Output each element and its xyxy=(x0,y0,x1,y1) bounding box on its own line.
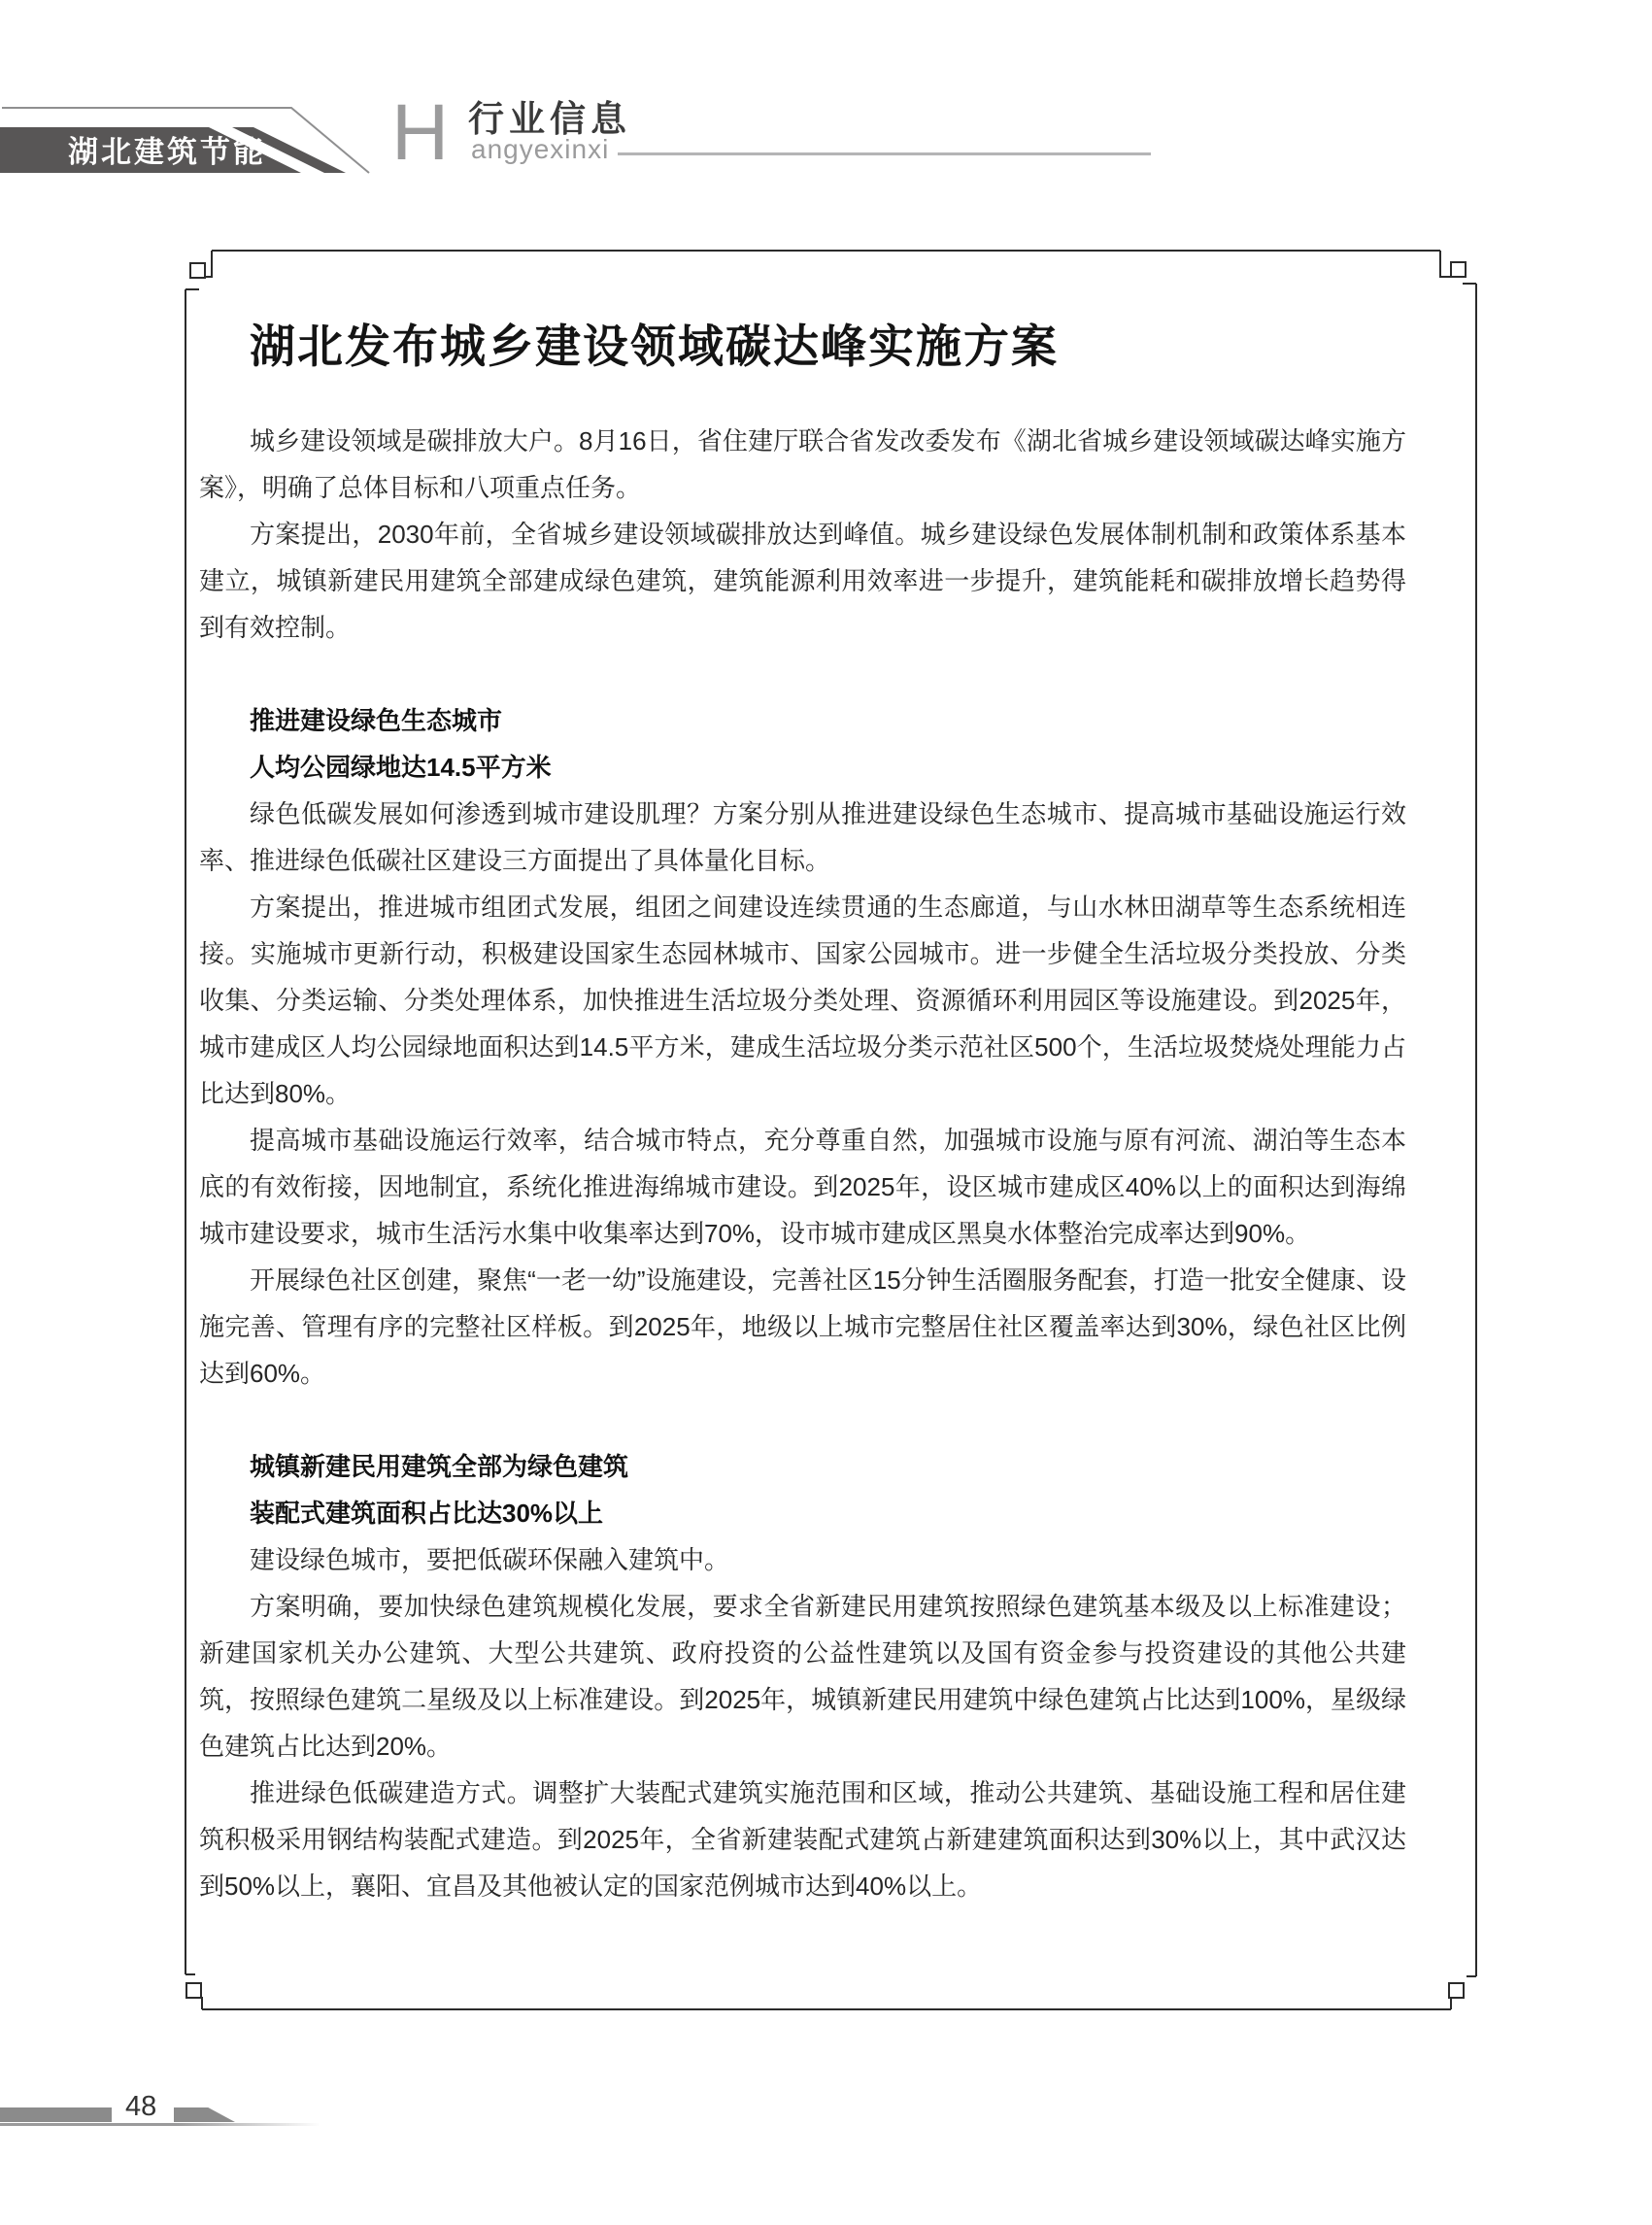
section-heading-line: 推进建设绿色生态城市 xyxy=(199,697,1406,744)
article-body: 城乡建设领域是碳排放大户。8月16日，省住建厅联合省发改委发布《湖北省城乡建设领… xyxy=(199,418,1406,1909)
section-heading-line: 人均公园绿地达14.5平方米 xyxy=(199,744,1406,791)
paragraph: 绿色低碳发展如何渗透到城市建设肌理？方案分别从推进建设绿色生态城市、提高城市基础… xyxy=(199,791,1406,884)
section-heading: 城镇新建民用建筑全部为绿色建筑 装配式建筑面积占比达30%以上 xyxy=(199,1443,1406,1536)
paragraph: 方案提出，推进城市组团式发展，组团之间建设连续贯通的生态廊道，与山水林田湖草等生… xyxy=(199,884,1406,1117)
paragraph: 建设绿色城市，要把低碳环保融入建筑中。 xyxy=(199,1536,1406,1583)
footer-bar xyxy=(0,2107,112,2122)
frame-corner-square-bl xyxy=(186,1983,201,1998)
section-heading: 推进建设绿色生态城市 人均公园绿地达14.5平方米 xyxy=(199,697,1406,791)
frame-corner-square-br xyxy=(1449,1983,1464,1998)
paragraph: 提高城市基础设施运行效率，结合城市特点，充分尊重自然，加强城市设施与原有河流、湖… xyxy=(199,1117,1406,1257)
paragraph: 开展绿色社区创建，聚焦“一老一幼”设施建设，完善社区15分钟生活圈服务配套，打造… xyxy=(199,1257,1406,1397)
magazine-page: 湖北建筑节能 H 行业信息 angyexinxi 湖北发布城乡建设领域碳达峰实施… xyxy=(0,0,1652,2225)
section-heading-line: 装配式建筑面积占比达30%以上 xyxy=(199,1490,1406,1536)
paragraph: 城乡建设领域是碳排放大户。8月16日，省住建厅联合省发改委发布《湖北省城乡建设领… xyxy=(199,418,1406,511)
frame-corner-square-tr xyxy=(1451,262,1466,277)
section-green-building: 城镇新建民用建筑全部为绿色建筑 装配式建筑面积占比达30%以上 建设绿色城市，要… xyxy=(199,1443,1406,1909)
section-heading-line: 城镇新建民用建筑全部为绿色建筑 xyxy=(199,1443,1406,1490)
footer-rule xyxy=(0,2123,320,2126)
paragraph: 方案提出，2030年前，全省城乡建设领域碳排放达到峰值。城乡建设绿色发展体制机制… xyxy=(199,511,1406,651)
section-green-eco-city: 推进建设绿色生态城市 人均公园绿地达14.5平方米 绿色低碳发展如何渗透到城市建… xyxy=(199,697,1406,1397)
page-number: 48 xyxy=(125,2091,156,2123)
frame-corner-square-tl xyxy=(190,263,205,278)
article-title: 湖北发布城乡建设领域碳达峰实施方案 xyxy=(250,311,1059,376)
paragraph: 推进绿色低碳建造方式。调整扩大装配式建筑实施范围和区域，推动公共建筑、基础设施工… xyxy=(199,1770,1406,1909)
paragraph: 方案明确，要加快绿色建筑规模化发展，要求全省新建民用建筑按照绿色建筑基本级及以上… xyxy=(199,1583,1406,1770)
